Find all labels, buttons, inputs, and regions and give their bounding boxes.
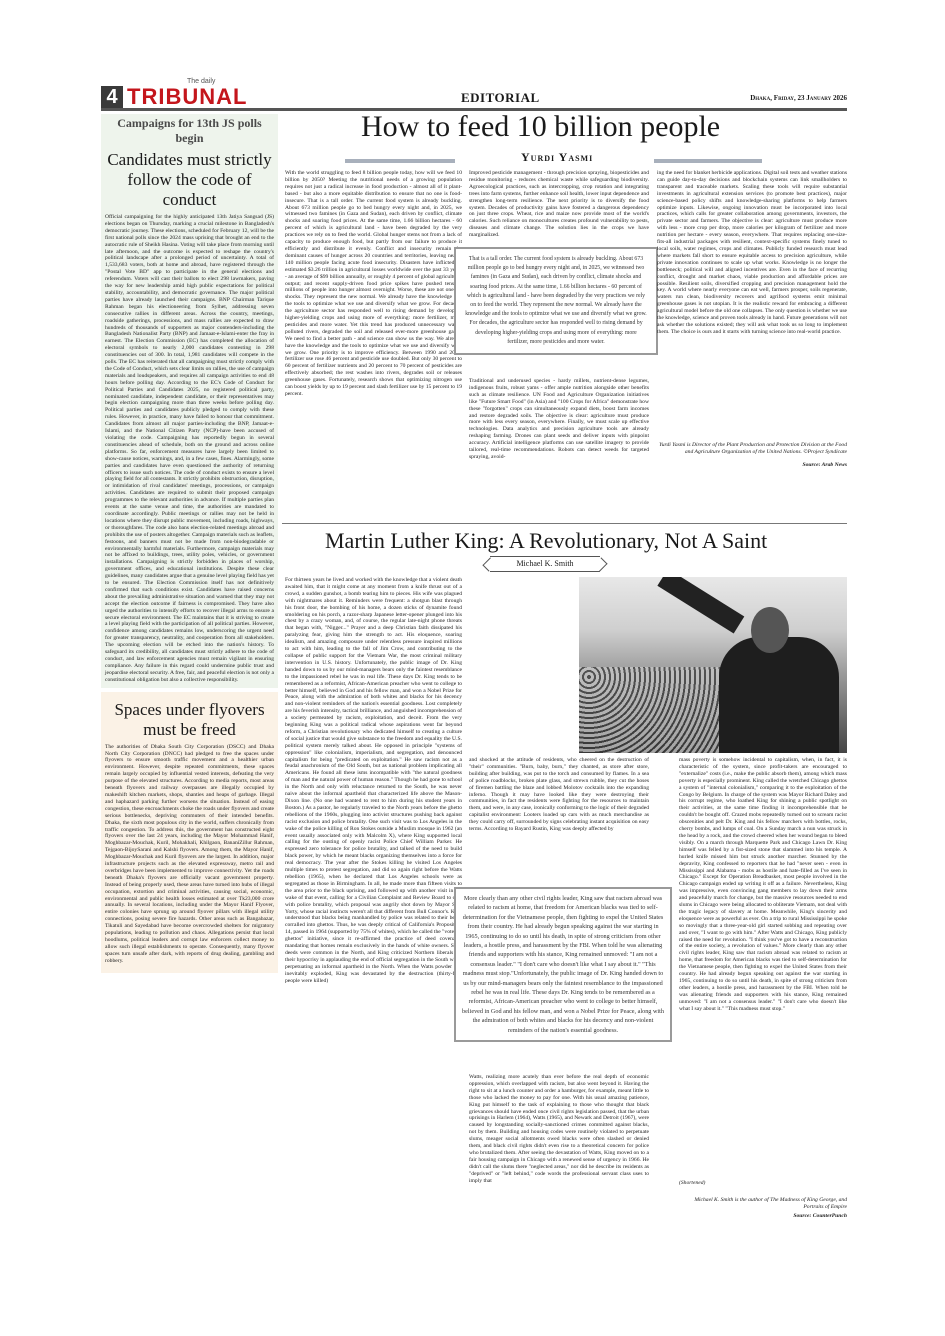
photo-head — [751, 607, 789, 653]
editorial-elections: Campaigns for 13th JS polls begin Candid… — [101, 114, 278, 688]
article-column: ing the need for blanket herbicide appli… — [657, 170, 847, 432]
article-column: With the world struggling to feed 8 bill… — [285, 170, 462, 518]
editorial-body: The authorities of Dhaka South City Corp… — [105, 744, 274, 965]
article-title: Martin Luther King: A Revolutionary, Not… — [325, 528, 767, 554]
editorial-flyovers: Spaces under flyovers must be freed The … — [101, 692, 278, 973]
decorative-bar — [345, 159, 455, 163]
article-column: mass poverty is somehow incidental to ca… — [679, 757, 847, 1172]
page-number: 4 — [101, 86, 123, 108]
article-column: Improved pesticide management - through … — [469, 170, 649, 242]
article-source: Source: Arab News — [657, 462, 847, 468]
article-photo — [579, 577, 847, 753]
article-column-group: ing the need for blanket herbicide appli… — [657, 170, 847, 520]
newspaper-page: 4 The daily TRIBUNAL EDITORIAL Dhaka, Fr… — [101, 84, 847, 110]
section-rule — [282, 523, 847, 524]
editorial-column: Campaigns for 13th JS polls begin Candid… — [101, 114, 278, 973]
author-credit: Yurdi Yasmi is Director of the Plant Pro… — [657, 442, 847, 456]
decorative-bar — [654, 159, 762, 163]
editorial-kicker: Campaigns for 13th JS polls begin — [105, 116, 274, 146]
editorial-body: Official campaigning for the highly anti… — [105, 214, 274, 684]
logo-text: TRIBUNAL — [127, 84, 247, 109]
dateline: Dhaka, Friday, 23 January 2026 — [750, 94, 847, 102]
article-column: For thirteen years he lived and worked w… — [285, 577, 462, 1319]
article-column: Traditional and underused species - hard… — [469, 378, 649, 518]
article-title: How to feed 10 billion people — [361, 110, 720, 144]
editorial-headline: Spaces under flyovers must be freed — [105, 700, 274, 740]
photo-figure — [719, 637, 839, 753]
article-column: and shocked at the attitude of residents… — [469, 757, 649, 883]
editorial-headline: Candidates must strictly follow the code… — [105, 150, 274, 210]
shortened-note: (Shortened) — [679, 1180, 847, 1187]
article-column-group: mass poverty is somehow incidental to ca… — [679, 757, 847, 1219]
photo-crowd — [579, 667, 729, 753]
photo-arm — [657, 577, 744, 633]
section-title: EDITORIAL — [461, 90, 540, 106]
logo-tagline: The daily — [187, 78, 215, 85]
author-credit: Michael K. Smith is the author of The Ma… — [679, 1197, 847, 1211]
newspaper-logo: The daily TRIBUNAL — [127, 84, 247, 110]
article-author: Yurdi Yasmi — [521, 150, 593, 165]
article-source: Source: CounterPunch — [679, 1213, 847, 1219]
article-column: Watts, realizing more acutely than ever … — [469, 1074, 649, 1319]
pull-quote: That is a tall order. The current food s… — [454, 247, 658, 355]
pull-quote: More clearly than any other civil rights… — [454, 887, 672, 1042]
article-author: Michael K. Smith — [490, 556, 600, 572]
masthead: 4 The daily TRIBUNAL EDITORIAL Dhaka, Fr… — [101, 84, 847, 110]
